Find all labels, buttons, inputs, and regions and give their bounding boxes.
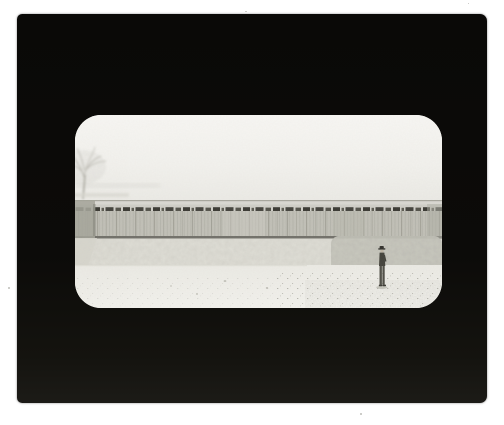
slide-mount	[17, 14, 487, 403]
dust-speck	[8, 287, 10, 289]
photograph	[75, 115, 442, 308]
photo-window	[75, 115, 442, 308]
dust-speck	[245, 11, 247, 12]
dust-speck	[468, 3, 469, 4]
dust-speck	[360, 413, 362, 415]
page-background	[0, 0, 504, 425]
photo-grain	[75, 115, 442, 308]
